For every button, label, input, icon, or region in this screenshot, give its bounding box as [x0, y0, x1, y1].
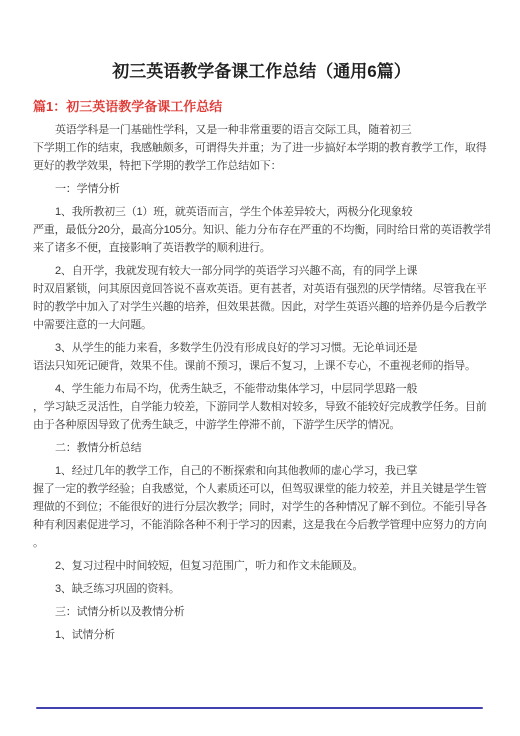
document-title: 初三英语教学备课工作总结（通用6篇） [33, 62, 490, 82]
paragraph: 4、学生能力布局不均，优秀生缺乏，不能带动集体学习，中层同学思路一般 ，学习缺乏… [33, 380, 490, 434]
paragraph: 英语学科是一门基础性学科，又是一种非常重要的语言交际工具，随着初三 下学期工作的… [33, 121, 490, 175]
paragraph: 3、从学生的能力来看，多数学生仍没有形成良好的学习习惯。无论单词还是 语法只知死… [33, 339, 490, 375]
page-divider-line [36, 707, 483, 709]
paragraph: 3、缺乏练习巩固的资料。 [33, 580, 490, 598]
paragraph: 2、自开学，我就发现有较大一部分同学的英语学习兴趣不高，有的同学上课 时双眉紧锁… [33, 262, 490, 334]
subheading-jiaoqing: 二：教情分析总结 [33, 439, 490, 457]
subheading-xueqing: 一：学情分析 [33, 180, 490, 198]
paragraph: 1、我所教初三（1）班，就英语而言，学生个体差异较大，两极分化现象较 严重，最低… [33, 203, 490, 257]
document-page: 初三英语教学备课工作总结（通用6篇） 篇1：初三英语教学备课工作总结 英语学科是… [0, 0, 520, 736]
paragraph: 2、复习过程中时间较短，但复习范围广，听力和作文未能顾及。 [33, 557, 490, 575]
paragraph: 1、经过几年的教学工作，自己的不断探索和向其他教师的虚心学习，我已掌 握了一定的… [33, 462, 490, 552]
paragraph: 1、试情分析 [33, 626, 490, 644]
subheading-shiqing: 三：试情分析以及教情分析 [33, 603, 490, 621]
section-heading-red: 篇1：初三英语教学备课工作总结 [33, 98, 490, 116]
